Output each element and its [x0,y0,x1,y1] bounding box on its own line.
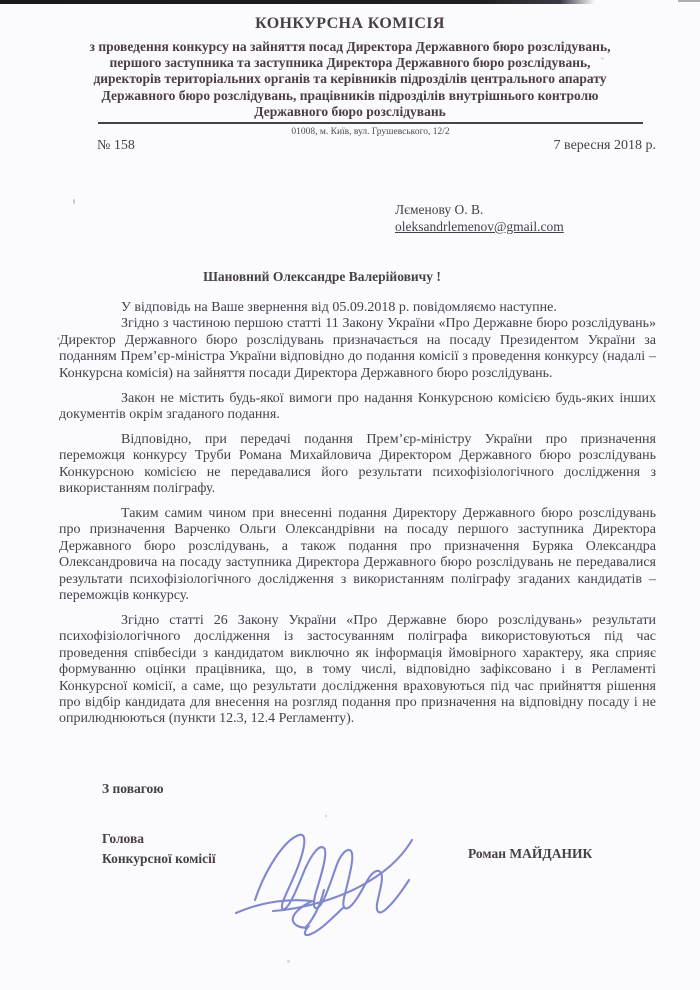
scan-speck [325,815,327,817]
document-meta-row: № 158 7 вересня 2018 р. [97,138,656,154]
letterhead-address: 01008, м. Київ, вул. Грушевського, 12/2 [98,127,643,137]
scan-edge-artifact-top [0,0,700,4]
body-paragraph-varchenko-buryak: Таким самим чином при внесенні подання Д… [59,506,656,604]
document-date: 7 вересня 2018 р. [554,138,656,154]
scan-speck [57,337,60,340]
recipient-name: Лєменову О. В. [395,201,564,218]
recipient-email: oleksandrlemenov@gmail.com [395,218,564,235]
closing-regards: З повагою [102,781,164,797]
sender-name: Роман МАЙДАНИК [468,846,592,862]
sender-title-block: Голова Конкурсної комісії [102,829,216,869]
scan-speck [287,960,290,963]
scan-speck [601,57,604,60]
letterhead-subtitle-line: з проведення конкурсу на зайняття посад … [28,39,672,55]
scan-speck [73,199,75,204]
recipient-block: Лєменову О. В. oleksandrlemenov@gmail.co… [395,201,564,235]
sender-title-line: Конкурсної комісії [102,849,216,869]
letterhead-subtitle-line: першого заступника та заступника Директо… [28,55,672,71]
salutation: Шановний Олександре Валерійовичу ! [0,269,644,285]
letterhead-subtitle: з проведення конкурсу на зайняття посад … [28,39,672,120]
letterhead-subtitle-line: Державного бюро розслідувань, працівникі… [28,88,672,104]
handwritten-signature-icon [228,810,418,950]
letterhead-title: КОНКУРСНА КОМІСІЯ [0,15,700,33]
body-paragraph-intro: У відповідь на Ваше звернення від 05.09.… [59,300,656,316]
document-number: № 158 [97,138,135,154]
sender-title-line: Голова [102,829,216,849]
letterhead-subtitle-line: Державного бюро розслідувань [28,104,672,120]
scan-edge-artifact-corner [678,0,700,2]
letterhead-subtitle-line: директорів територіальних органів та кер… [28,71,672,87]
scanned-letter-page: КОНКУРСНА КОМІСІЯ з проведення конкурсу … [0,0,700,990]
letter-body: У відповідь на Ваше звернення від 05.09.… [59,300,656,728]
body-paragraph-truba: Відповідно, при передачі подання Прем’єр… [59,432,656,498]
body-paragraph-law-article-26: Згідно статті 26 Закону України «Про Дер… [59,613,656,728]
letterhead-divider [98,122,643,124]
body-paragraph-no-requirement: Закон не містить будь-якої вимоги про на… [59,391,656,424]
body-paragraph-law-article-11: Згідно з частиною першою статті 11 Закон… [59,316,656,382]
